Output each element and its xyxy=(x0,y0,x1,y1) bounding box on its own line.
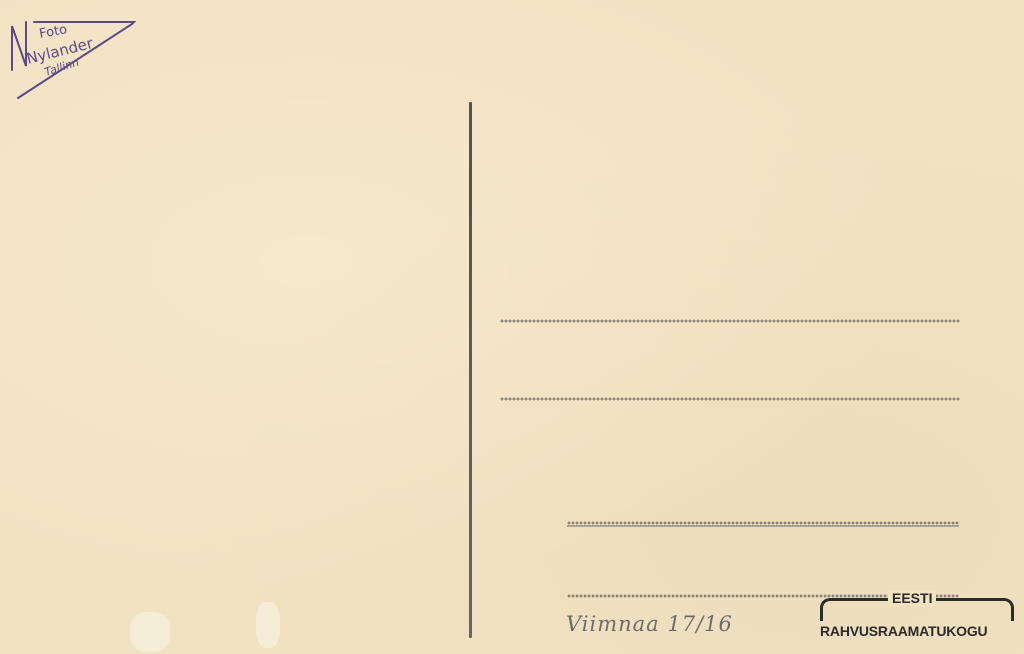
address-line-3 xyxy=(567,521,959,527)
address-line-1 xyxy=(500,319,960,323)
photographer-stamp: Foto Nylander Tallinn xyxy=(6,8,146,108)
paper-blemish xyxy=(256,602,280,648)
nylander-logo-icon: Foto Nylander Tallinn xyxy=(6,8,146,108)
center-divider-line xyxy=(469,102,472,638)
stamp-eesti: EESTI xyxy=(888,590,936,606)
stamp-foto: Foto xyxy=(38,22,68,42)
paper-blemish xyxy=(130,612,170,652)
postcard-back: Foto Nylander Tallinn Viimnaa 17/16 EEST… xyxy=(0,0,1024,654)
stamp-rahvusraamatukogu: RAHVUSRAAMATUKOGU xyxy=(820,623,987,639)
handwritten-note: Viimnaa 17/16 xyxy=(566,612,733,636)
national-library-stamp: EESTI RAHVUSRAAMATUKOGU xyxy=(818,590,1014,646)
address-line-2 xyxy=(500,397,960,401)
